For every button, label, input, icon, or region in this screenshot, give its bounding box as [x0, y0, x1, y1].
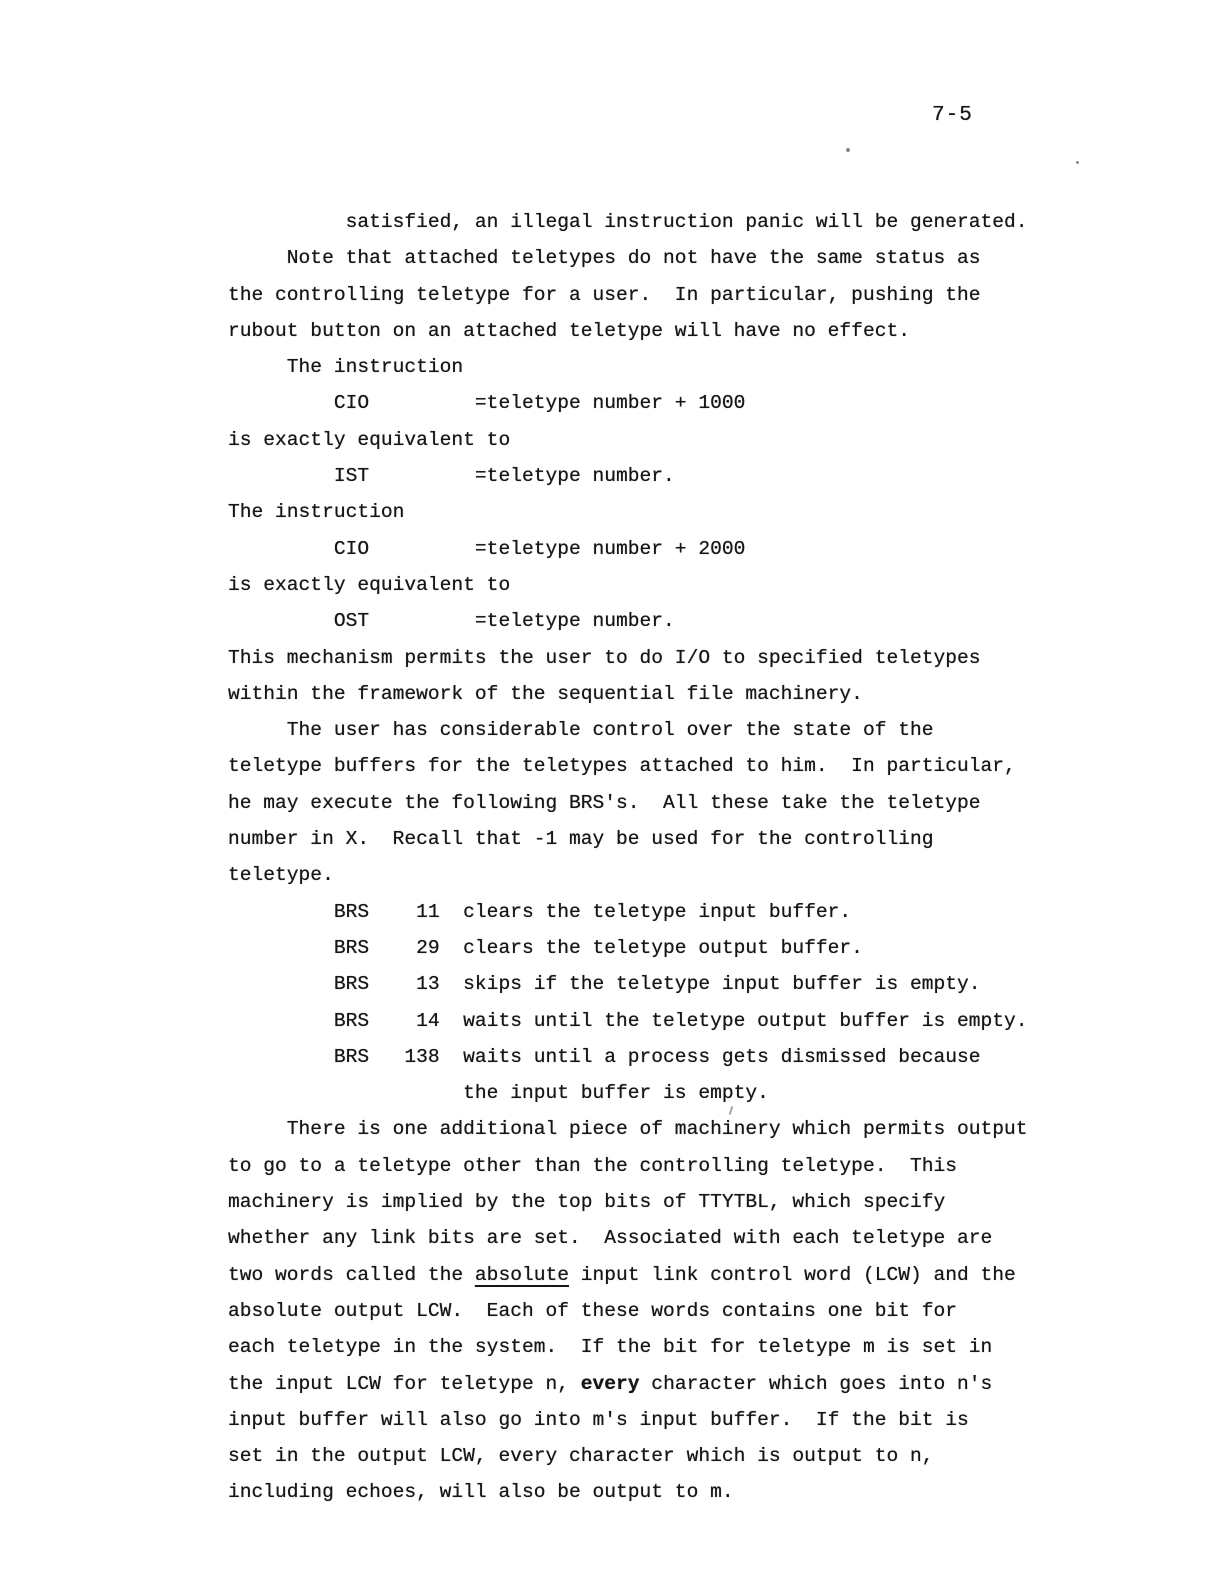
document-body: satisfied, an illegal instruction panic … — [228, 204, 1028, 1511]
text-line: two words called the absolute input link… — [228, 1257, 1028, 1293]
text-line: satisfied, an illegal instruction panic … — [228, 204, 1028, 240]
text-line: absolute output LCW. Each of these words… — [228, 1293, 1028, 1329]
scan-speck — [1076, 161, 1079, 164]
text-segment: absolute output LCW. Each of these words… — [228, 1300, 957, 1322]
text-line: The user has considerable control over t… — [228, 712, 1028, 748]
text-line: BRS 138 waits until a process gets dismi… — [228, 1039, 1028, 1075]
text-segment: the controlling teletype for a user. In … — [228, 284, 981, 306]
text-line: BRS 29 clears the teletype output buffer… — [228, 930, 1028, 966]
text-segment: The instruction — [228, 356, 463, 378]
text-line: each teletype in the system. If the bit … — [228, 1329, 1028, 1365]
text-segment: the input buffer is empty. — [228, 1082, 769, 1104]
text-segment: the input LCW for teletype n, — [228, 1373, 581, 1395]
text-segment: is exactly equivalent to — [228, 574, 510, 596]
text-segment: rubout button on an attached teletype wi… — [228, 320, 910, 342]
text-segment: each teletype in the system. If the bit … — [228, 1336, 992, 1358]
text-segment: teletype. — [228, 864, 334, 886]
text-line: is exactly equivalent to — [228, 422, 1028, 458]
text-segment: whether any link bits are set. Associate… — [228, 1227, 992, 1249]
text-segment: The user has considerable control over t… — [228, 719, 934, 741]
text-line: This mechanism permits the user to do I/… — [228, 640, 1028, 676]
text-segment: This mechanism permits the user to do I/… — [228, 647, 981, 669]
text-line: CIO =teletype number + 2000 — [228, 531, 1028, 567]
text-segment: character which goes into n's — [640, 1373, 993, 1395]
text-segment: including echoes, will also be output to… — [228, 1481, 734, 1503]
text-segment: he may execute the following BRS's. All … — [228, 792, 981, 814]
underlined-word: absolute — [475, 1264, 569, 1286]
text-segment: BRS 14 waits until the teletype output b… — [228, 1010, 1028, 1032]
text-segment: machinery is implied by the top bits of … — [228, 1191, 945, 1213]
text-line: to go to a teletype other than the contr… — [228, 1148, 1028, 1184]
text-segment: IST =teletype number. — [228, 465, 675, 487]
text-segment: CIO =teletype number + 2000 — [228, 538, 745, 560]
text-line: IST =teletype number. — [228, 458, 1028, 494]
text-segment: is exactly equivalent to — [228, 429, 510, 451]
text-segment: satisfied, an illegal instruction panic … — [228, 211, 1028, 233]
text-line: There is one additional piece of machine… — [228, 1111, 1028, 1147]
text-line: within the framework of the sequential f… — [228, 676, 1028, 712]
text-segment: CIO =teletype number + 1000 — [228, 392, 745, 414]
text-line: including echoes, will also be output to… — [228, 1474, 1028, 1510]
text-line: BRS 13 skips if the teletype input buffe… — [228, 966, 1028, 1002]
bold-word: every — [581, 1373, 640, 1395]
text-segment: OST =teletype number. — [228, 610, 675, 632]
text-segment: BRS 13 skips if the teletype input buffe… — [228, 973, 981, 995]
text-segment: BRS 11 clears the teletype input buffer. — [228, 901, 851, 923]
text-segment: two words called the — [228, 1264, 475, 1286]
text-segment: to go to a teletype other than the contr… — [228, 1155, 957, 1177]
text-segment: input buffer will also go into m's input… — [228, 1409, 969, 1431]
text-segment: The instruction — [228, 501, 404, 523]
text-line: The instruction — [228, 349, 1028, 385]
text-segment: teletype buffers for the teletypes attac… — [228, 755, 1016, 777]
scanned-document-page: 7-5 satisfied, an illegal instruction pa… — [0, 0, 1224, 1584]
page-number: 7-5 — [932, 104, 973, 127]
text-line: teletype buffers for the teletypes attac… — [228, 748, 1028, 784]
text-line: whether any link bits are set. Associate… — [228, 1220, 1028, 1256]
text-line: CIO =teletype number + 1000 — [228, 385, 1028, 421]
text-line: is exactly equivalent to — [228, 567, 1028, 603]
text-line: input buffer will also go into m's input… — [228, 1402, 1028, 1438]
text-line: set in the output LCW, every character w… — [228, 1438, 1028, 1474]
text-segment: BRS 138 waits until a process gets dismi… — [228, 1046, 981, 1068]
text-line: teletype. — [228, 857, 1028, 893]
text-line: OST =teletype number. — [228, 603, 1028, 639]
scan-speck — [846, 148, 850, 152]
text-line: the controlling teletype for a user. In … — [228, 277, 1028, 313]
text-line: The instruction — [228, 494, 1028, 530]
text-segment: number in X. Recall that -1 may be used … — [228, 828, 934, 850]
text-line: Note that attached teletypes do not have… — [228, 240, 1028, 276]
text-line: number in X. Recall that -1 may be used … — [228, 821, 1028, 857]
text-line: machinery is implied by the top bits of … — [228, 1184, 1028, 1220]
text-segment: within the framework of the sequential f… — [228, 683, 863, 705]
text-line: rubout button on an attached teletype wi… — [228, 313, 1028, 349]
text-line: the input LCW for teletype n, every char… — [228, 1366, 1028, 1402]
text-segment: There is one additional piece of machine… — [228, 1118, 1028, 1140]
text-line: BRS 14 waits until the teletype output b… — [228, 1003, 1028, 1039]
text-line: BRS 11 clears the teletype input buffer. — [228, 894, 1028, 930]
text-line: he may execute the following BRS's. All … — [228, 785, 1028, 821]
text-segment: set in the output LCW, every character w… — [228, 1445, 934, 1467]
text-segment: input link control word (LCW) and the — [569, 1264, 1016, 1286]
text-segment: Note that attached teletypes do not have… — [228, 247, 981, 269]
text-line: the input buffer is empty. — [228, 1075, 1028, 1111]
text-segment: BRS 29 clears the teletype output buffer… — [228, 937, 863, 959]
